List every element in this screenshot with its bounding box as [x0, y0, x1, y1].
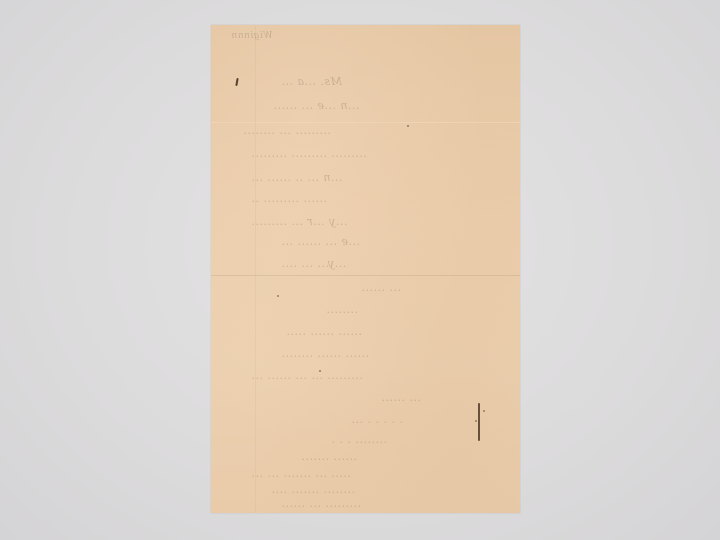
- handwriting-line: ...... ......... ..: [251, 192, 327, 205]
- handwriting-line: ...n ...e ... ......: [273, 99, 360, 112]
- fold-line-upper: [211, 122, 520, 123]
- ink-dot: [407, 125, 409, 127]
- handwriting-line: ......... ......... .........: [251, 147, 367, 160]
- ink-dot: [319, 370, 321, 372]
- handwriting-line: Wiginnn: [231, 31, 273, 41]
- handwriting-line: Ms. ...a ...: [281, 75, 342, 88]
- handwriting-line: ......... ... ... ...... ...: [251, 369, 363, 382]
- handwriting-line: ...e ... ...... ...: [281, 235, 360, 248]
- handwriting-line: . . . . . ...: [351, 413, 403, 426]
- handwriting-line: ...... .......: [301, 450, 357, 463]
- handwriting-line: ...y ...r ... .........: [251, 215, 347, 228]
- handwriting-line: ...... ...... ........: [281, 347, 369, 360]
- fold-line-middle: [211, 275, 520, 276]
- ink-stroke: [478, 403, 480, 441]
- handwriting-line: ...... ...... .....: [286, 325, 362, 338]
- handwriting-line: ........ ....... ....: [271, 483, 355, 496]
- fold-line-vertical: [255, 25, 256, 513]
- handwriting-line: ........: [326, 303, 358, 316]
- ink-dot: [475, 420, 477, 422]
- handwriting-line: ... ......: [361, 281, 401, 294]
- ink-dot: [277, 295, 279, 297]
- handwriting-line: ......... ... ......: [281, 497, 361, 510]
- handwriting-line: ...n ... .. ...... ...: [251, 171, 343, 184]
- ink-mark: [235, 78, 238, 86]
- letter-paper: Wiginnn Ms. ...a ... ...n ...e ... .....…: [211, 25, 520, 513]
- handwriting-line: ... ......: [381, 391, 421, 404]
- ink-dot: [483, 410, 485, 412]
- handwriting-line: ...y... ... ....: [281, 257, 346, 270]
- handwriting-line: ......... ... ........: [243, 124, 331, 137]
- handwriting-line: ..... ... ....... ... ...: [251, 467, 351, 480]
- handwriting-line: ........ . . .: [331, 433, 387, 446]
